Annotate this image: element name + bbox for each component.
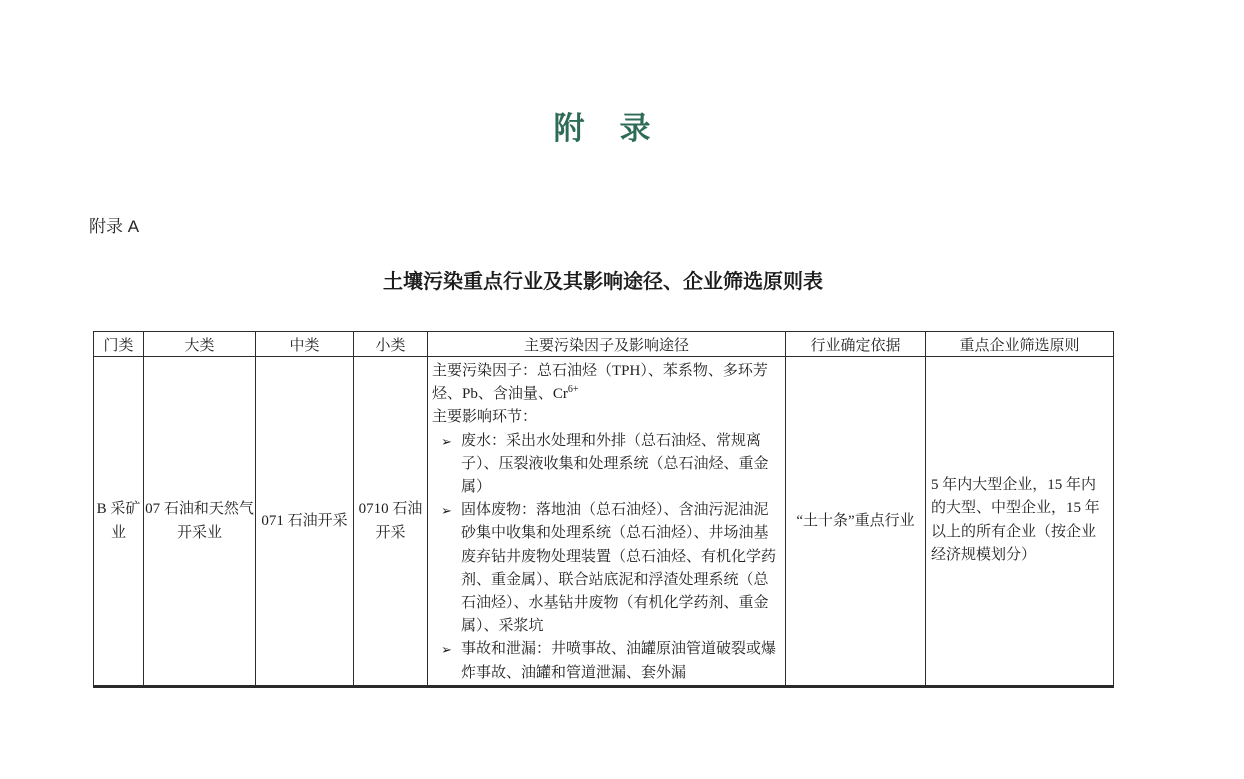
table-header-row: 门类 大类 中类 小类 主要污染因子及影响途径 行业确定依据 重点企业筛选原则: [94, 332, 1114, 357]
pollution-factors-text: 主要污染因子：总石油烃（TPH）、苯系物、多环芳烃、Pb、含油量、Cr: [432, 363, 768, 402]
pollution-bullet-solid-waste: ➢ 固体废物：落地油（总石油烃）、含油污泥油泥砂集中收集和处理系统（总石油烃）、…: [432, 499, 783, 638]
arrowhead-bullet-icon: ➢: [441, 499, 452, 522]
arrowhead-bullet-icon: ➢: [441, 430, 452, 453]
header-major-class: 大类: [144, 332, 256, 357]
pollution-factors-line: 主要污染因子：总石油烃（TPH）、苯系物、多环芳烃、Pb、含油量、Cr6+: [432, 360, 783, 406]
header-minor-class: 小类: [354, 332, 428, 357]
header-industry-basis: 行业确定依据: [786, 332, 926, 357]
bullet-text: 事故和泄漏：井喷事故、油罐原油管道破裂或爆炸事故、油罐和管道泄漏、套外漏: [461, 641, 776, 680]
pollution-bullet-accidents: ➢ 事故和泄漏：井喷事故、油罐原油管道破裂或爆炸事故、油罐和管道泄漏、套外漏: [432, 638, 783, 684]
table-row: B 采矿业 07 石油和天然气开采业 071 石油开采 0710 石油开采 主要…: [94, 357, 1114, 687]
appendix-main-title: 附 录: [93, 103, 1113, 148]
cell-industry-basis: “土十条”重点行业: [786, 357, 926, 687]
industry-screening-table: 门类 大类 中类 小类 主要污染因子及影响途径 行业确定依据 重点企业筛选原则 …: [93, 331, 1114, 688]
header-medium-class: 中类: [256, 332, 354, 357]
header-screening-principle: 重点企业筛选原则: [926, 332, 1114, 357]
cell-major-class: 07 石油和天然气开采业: [144, 357, 256, 687]
header-category: 门类: [94, 332, 144, 357]
cell-screening-principle: 5 年内大型企业，15 年内的大型、中型企业，15 年以上的所有企业（按企业经济…: [926, 357, 1114, 687]
header-pollution-factors: 主要污染因子及影响途径: [428, 332, 786, 357]
bullet-text: 废水：采出水处理和外排（总石油烃、常规离子）、压裂液收集和处理系统（总石油烃、重…: [461, 433, 769, 495]
chromium-superscript: 6+: [568, 384, 579, 395]
arrowhead-bullet-icon: ➢: [441, 638, 452, 661]
appendix-section-label: 附录 A: [89, 212, 139, 237]
cell-category: B 采矿业: [94, 357, 144, 687]
cell-medium-class: 071 石油开采: [256, 357, 354, 687]
table-title: 土壤污染重点行业及其影响途径、企业筛选原则表: [93, 265, 1113, 294]
pollution-stages-label: 主要影响环节：: [432, 406, 783, 429]
cell-pollution-factors: 主要污染因子：总石油烃（TPH）、苯系物、多环芳烃、Pb、含油量、Cr6+ 主要…: [428, 357, 786, 687]
bullet-text: 固体废物：落地油（总石油烃）、含油污泥油泥砂集中收集和处理系统（总石油烃）、井场…: [461, 502, 776, 634]
cell-minor-class: 0710 石油开采: [354, 357, 428, 687]
pollution-bullet-wastewater: ➢ 废水：采出水处理和外排（总石油烃、常规离子）、压裂液收集和处理系统（总石油烃…: [432, 430, 783, 500]
